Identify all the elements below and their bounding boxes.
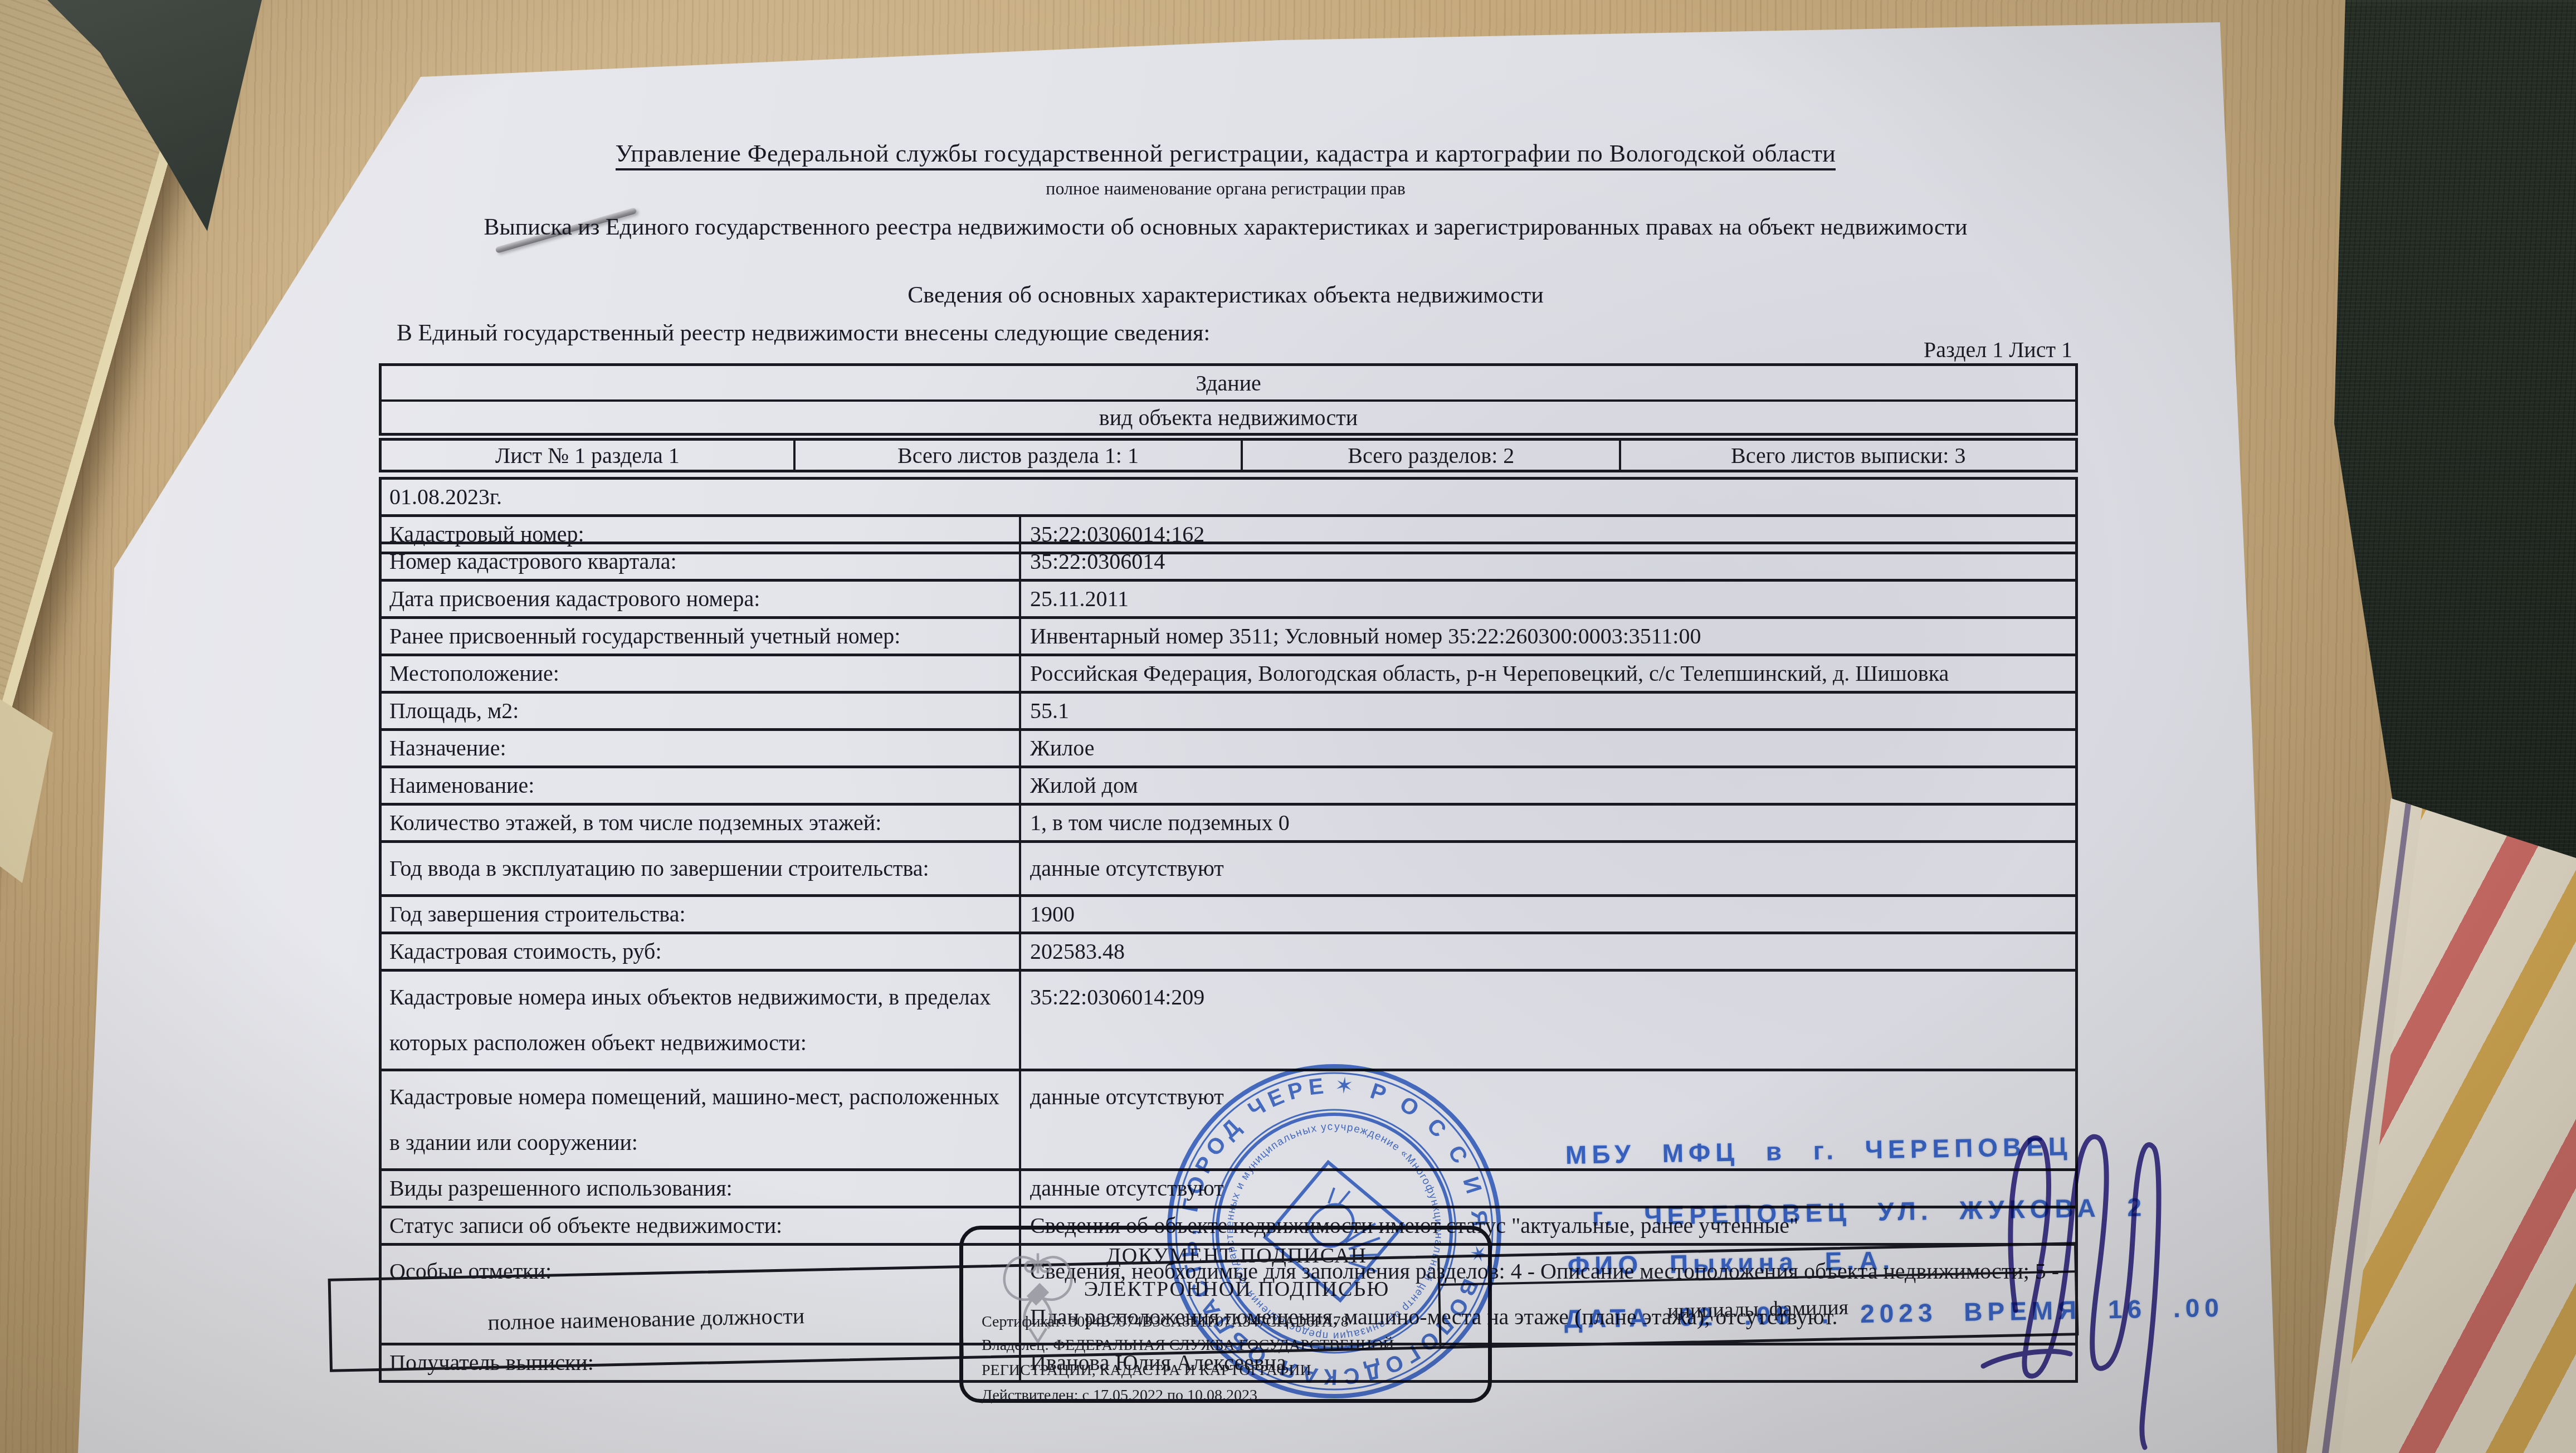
document-content: Управление Федеральной службы государств… bbox=[0, 0, 2576, 1453]
handwritten-signature bbox=[0, 0, 2576, 1453]
